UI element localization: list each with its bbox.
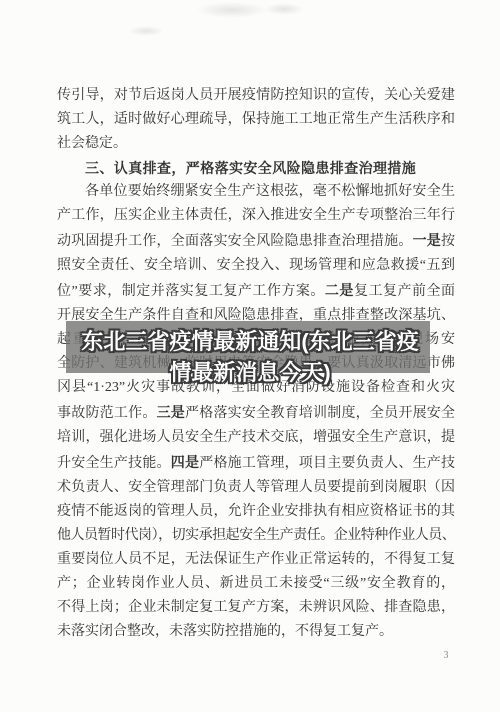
text-line: 不得上岗；企业未制定复工复产方案，未辨识风险、排查隐患，: [57, 596, 455, 620]
text-line: 各单位要始终绷紧安全生产这根弦，毫不松懈地抓好安全生: [57, 180, 455, 204]
section-heading: 三、认真排查，严格落实安全风险隐患排查治理措施: [57, 156, 455, 180]
text-line: 疫情不能返岗的管理人员，允许企业安排执有相应资格证书的其: [57, 500, 455, 524]
text-line: 升安全生产技能。四是严格施工管理，项目主要负责人、生产技: [57, 450, 455, 476]
text-line: 产工作，压实企业主体责任，深入推进安全生产专项整治三年行: [57, 204, 455, 228]
headline-overlay-title: 东北三省疫情最新通知(东北三省疫 情最新消息今天): [40, 326, 460, 388]
scan-smudge: [264, 3, 304, 15]
headline-line-2: 情最新消息今天): [40, 357, 460, 388]
page-number: 3: [438, 650, 454, 661]
text-line: 照安全责任、安全培训、安全投入、现场管理和应急救援“五到: [57, 254, 455, 278]
text-line: 事故防范工作。三是严格落实安全教育培训制度，全员开展安全: [57, 400, 455, 426]
text-line: 术负责人、安全管理部门负责人等管理人员要提前到岗履职（因: [57, 476, 455, 500]
text-line: 未落实闭合整改，未落实防控措施的，不得复工复产。: [57, 620, 455, 644]
text-line: 重要岗位人员不足，无法保证生产作业正常运转的，不得复工复: [57, 548, 455, 572]
text-line: 他人员暂时代岗），切实承担起安全生产责任。企业特种作业人员、: [57, 524, 455, 548]
text-line: 培训，强化进场人员安全生产技术交底，增强安全生产意识，提: [57, 426, 455, 450]
headline-line-1: 东北三省疫情最新通知(东北三省疫: [40, 326, 460, 357]
text-line: 传引导，对节后返岗人员开展疫情防控知识的宣传，关心关爱建: [57, 84, 455, 108]
text-line: 位”要求，制定并落实复工复产工作方案。二是复工复产前全面: [57, 278, 455, 304]
text-line: 动巩固提升工作，全面落实安全风险隐患排查治理措施。一是按: [57, 228, 455, 254]
scan-smudge: [128, 26, 164, 36]
text-line: 筑工人，适时做好心理疏导，保持施工工地正常生产生活秩序和: [57, 108, 455, 132]
scanned-document-page: 传引导，对节后返岗人员开展疫情防控知识的宣传，关心关爱建筑工人，适时做好心理疏导…: [0, 0, 500, 712]
text-line: 产；企业转岗作业人员、新进员工未接受“三级”安全教育的，: [57, 572, 455, 596]
text-line: 社会稳定。: [57, 132, 455, 156]
scan-smudge: [196, 2, 268, 18]
